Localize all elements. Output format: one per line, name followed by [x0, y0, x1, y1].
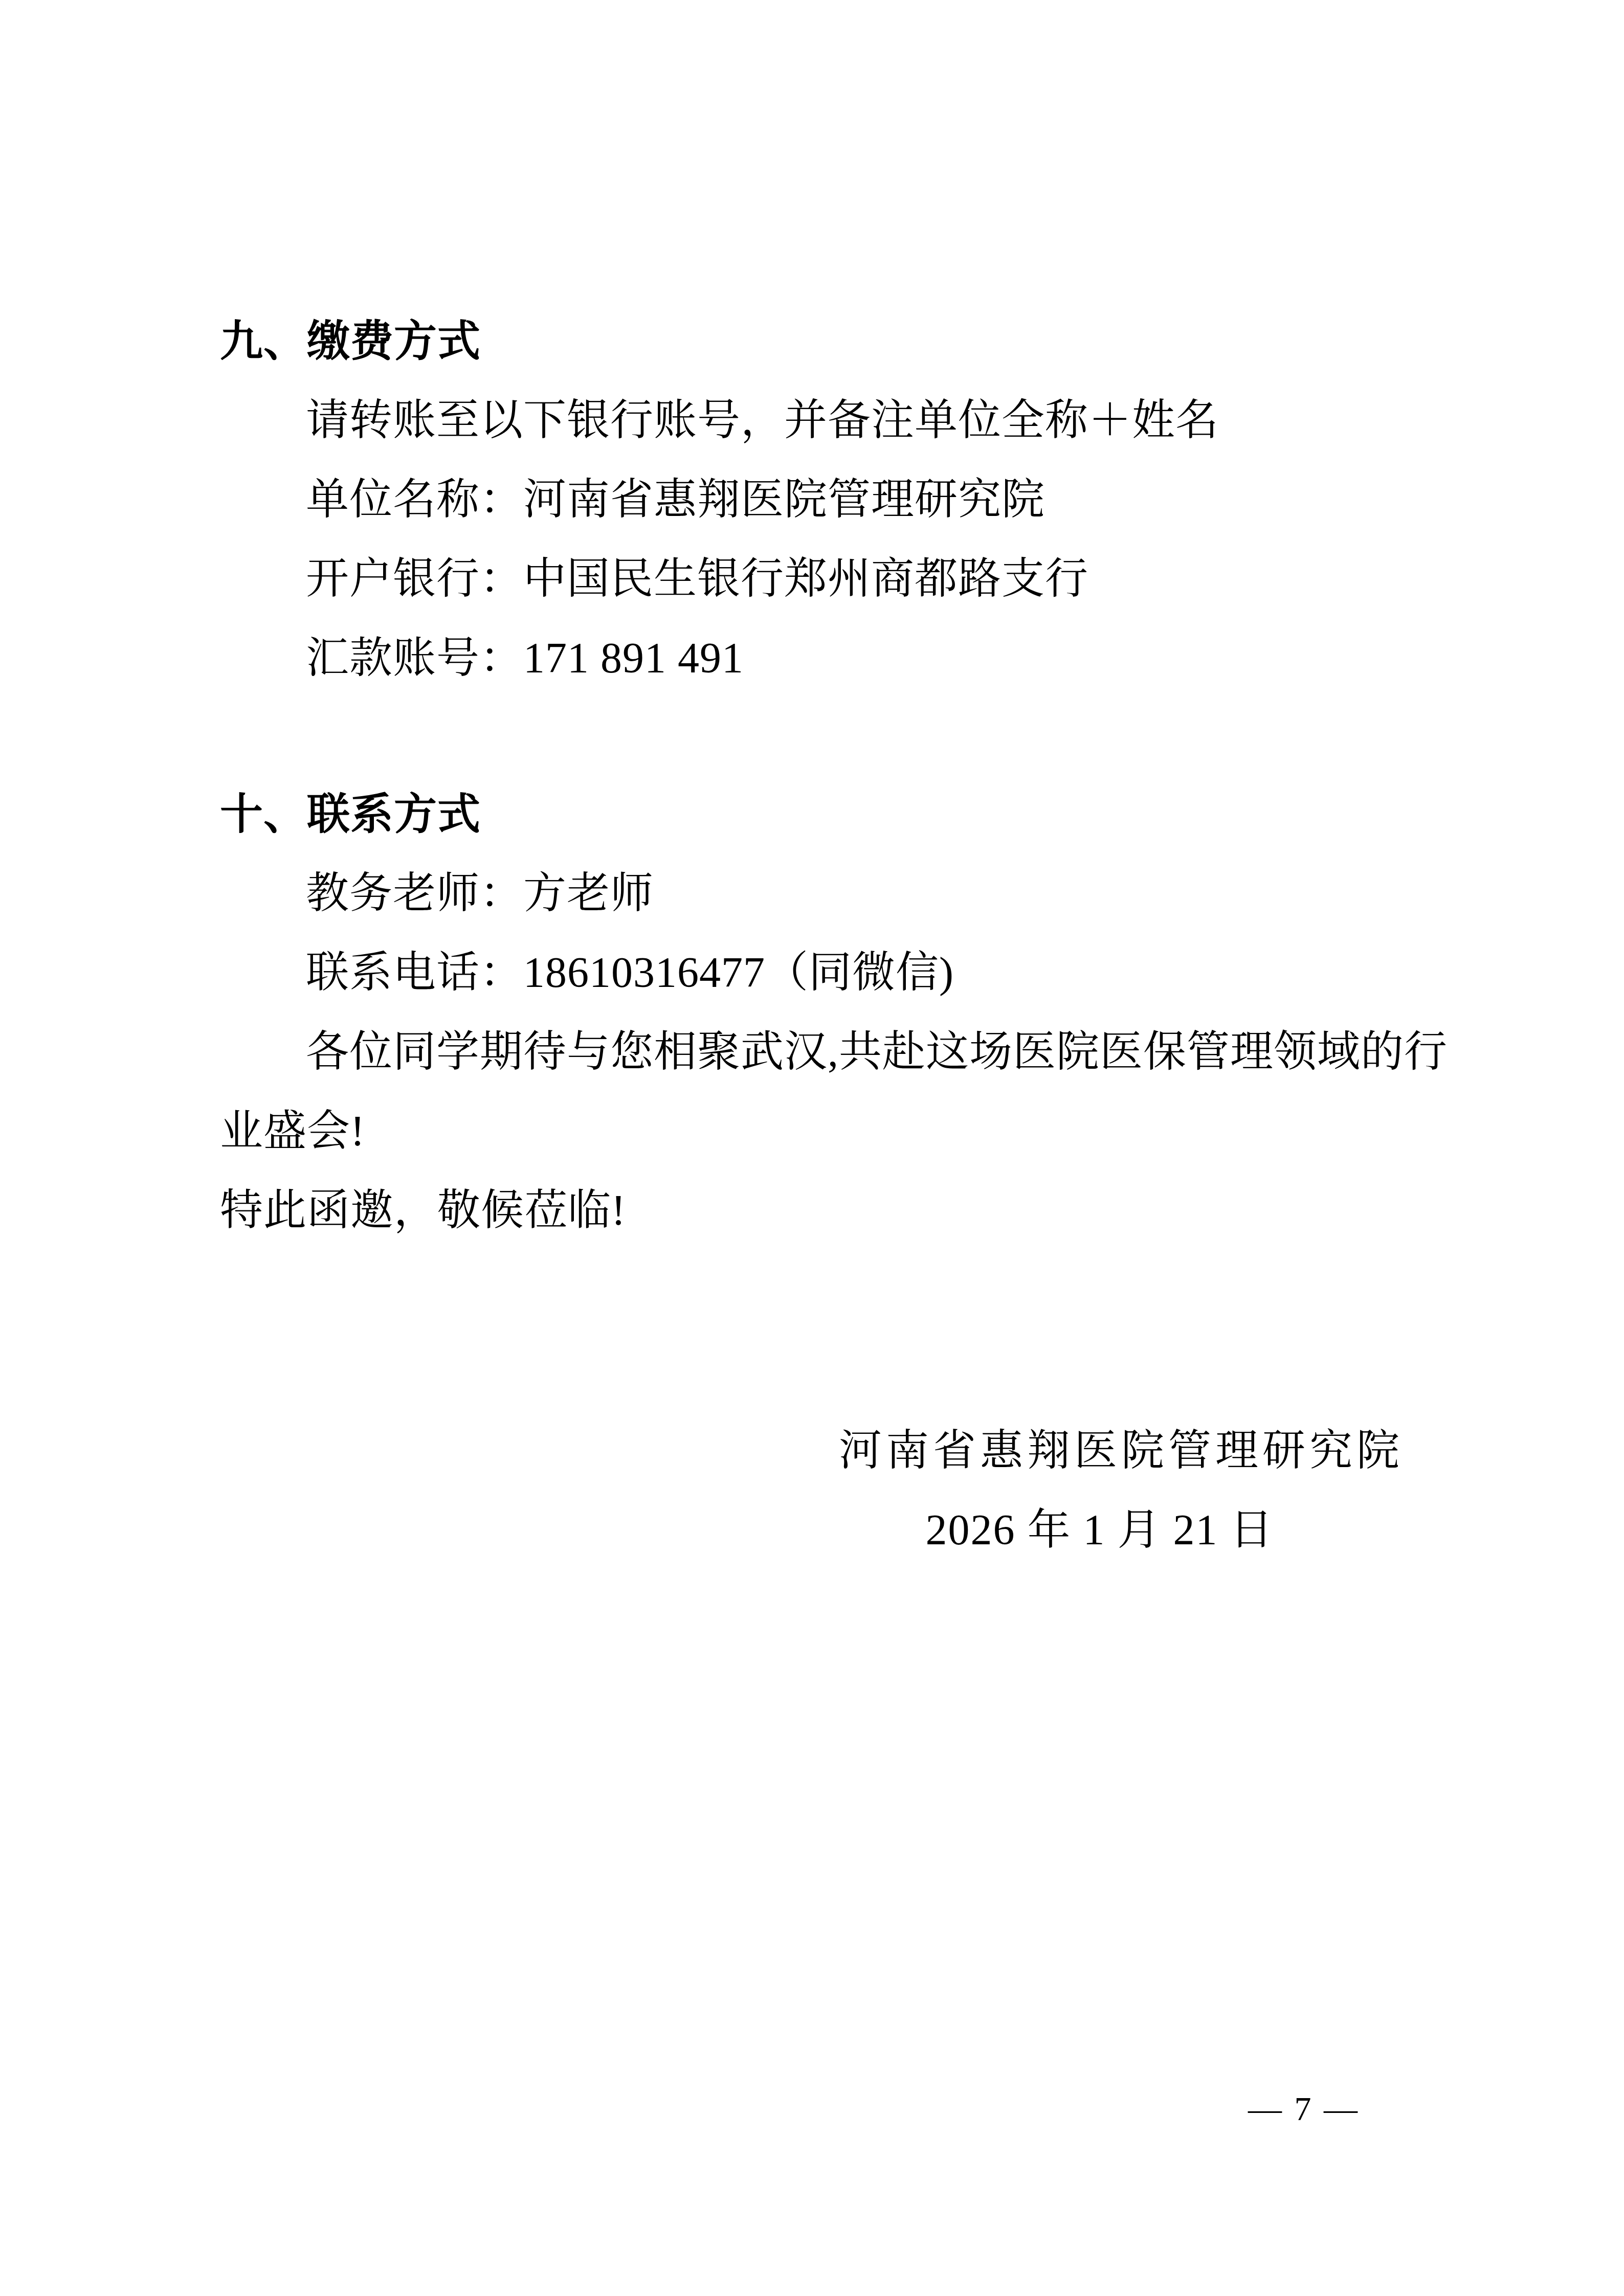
section-heading-payment-method: 九、缴费方式 [220, 302, 1445, 381]
signature-block: 河南省惠翔医院管理研究院 2026 年 1 月 21 日 [839, 1411, 1361, 1570]
phone-contact-line: 联系电话：18610316477（同微信) [220, 933, 1445, 1012]
formal-invitation-line: 特此函邀，敬候莅临! [220, 1171, 1445, 1250]
account-name-line: 单位名称：河南省惠翔医院管理研究院 [220, 460, 1445, 539]
blank-line-spacer [220, 698, 1445, 775]
remittance-account-line: 汇款账号：171 891 491 [220, 619, 1445, 698]
section-heading-contact-info: 十、联系方式 [220, 775, 1445, 854]
payment-instruction-line: 请转账至以下银行账号，并备注单位全称＋姓名 [220, 381, 1445, 460]
bank-branch-line: 开户银行：中国民生银行郑州商都路支行 [220, 539, 1445, 619]
teacher-contact-line: 教务老师：方老师 [220, 854, 1445, 933]
signature-date: 2026 年 1 月 21 日 [839, 1491, 1361, 1570]
closing-paragraph-line-1: 各位同学期待与您相聚武汉,共赴这场医院医保管理领域的行 [220, 1012, 1445, 1092]
signature-organization: 河南省惠翔医院管理研究院 [839, 1411, 1361, 1491]
closing-paragraph-line-2: 业盛会! [220, 1092, 1445, 1171]
document-body: 九、缴费方式 请转账至以下银行账号，并备注单位全称＋姓名 单位名称：河南省惠翔医… [220, 302, 1445, 1250]
document-page: 九、缴费方式 请转账至以下银行账号，并备注单位全称＋姓名 单位名称：河南省惠翔医… [0, 0, 1624, 2296]
page-number: — 7 — [1248, 2084, 1360, 2135]
